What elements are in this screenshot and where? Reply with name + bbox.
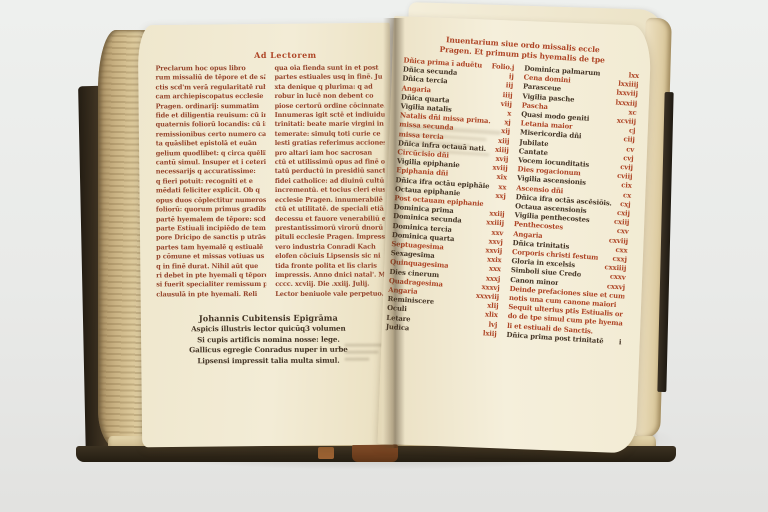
text-line: tatū perductū in presidiū sancte bbox=[275, 167, 385, 177]
folio-number: cxiij bbox=[614, 218, 630, 228]
text-line: mēdati feliciter explicit. Ob q bbox=[156, 186, 266, 196]
text-line: q in finē durat. Nihil aūt que bbox=[156, 262, 266, 272]
left-page-colophon: Ad Lectorem Preclarum hoc opus librorum … bbox=[138, 23, 394, 448]
epigram-line: Aspicis illustris lector quicūq3 volumen bbox=[156, 324, 380, 335]
text-line: partes estiuales usq in finē. Ju bbox=[274, 73, 384, 83]
text-line: trinitati: beate marie virgini in bbox=[275, 120, 385, 130]
text-line: Preclarum hoc opus libro bbox=[155, 64, 265, 74]
text-line: impressis. Anno dnici natal'. M. bbox=[275, 271, 385, 281]
folio-number: xj bbox=[504, 118, 511, 128]
inventarium-columns: Dñica prima ī aduētuFolio.jDñica secunda… bbox=[385, 56, 639, 347]
text-line: pituli ecclesie Pragen. Impressis bbox=[275, 233, 385, 243]
folio-number bbox=[505, 201, 506, 210]
text-line: partē hyemalem de tēpore: scds a bbox=[156, 214, 266, 224]
folio-number: cv bbox=[626, 145, 634, 155]
folio-number: xc bbox=[628, 108, 637, 118]
text-line: clausulā in pte hyemali. Reli bbox=[156, 290, 266, 300]
epigram-title: Johannis Cubitensis Epigrāma bbox=[156, 313, 380, 325]
folio-number: lxxxiij bbox=[615, 98, 637, 109]
folio-number: ij bbox=[509, 73, 514, 83]
text-line: ecclesie Pragen. innumerabilē fru bbox=[275, 195, 385, 205]
text-line: foliorū: quorum primus gradibus p bbox=[156, 205, 266, 215]
text-line: ctū et utilissimū opus ad finē op bbox=[275, 158, 385, 168]
left-page-heading: Ad Lectorem bbox=[191, 50, 379, 61]
text-line: lesti gratias referimus accionesq bbox=[275, 139, 385, 149]
text-line: Pragen. ordinarij: summatim bbox=[156, 102, 266, 112]
text-line: ri debet in pte hyemali q tēpore ni bbox=[156, 271, 266, 281]
text-line: cantū simul. Insuper et i ceteris bbox=[156, 158, 266, 168]
ink-show-through bbox=[402, 121, 501, 173]
text-line: Innumeras igit sctē et indiuidue bbox=[275, 111, 385, 121]
photograph-of-open-incunable-book: Ad Lectorem Preclarum hoc opus librorum … bbox=[0, 0, 768, 512]
folio-number: viij bbox=[500, 100, 512, 110]
text-line: rum missaliū de tēpore et de sān bbox=[155, 73, 265, 83]
text-line: qua oīa fienda sunt in et post bbox=[274, 64, 384, 74]
text-line: tida fronte polita et līs claris bbox=[275, 261, 385, 271]
text-line: p cōmune et missas votiuas us bbox=[156, 252, 266, 262]
folio-number: xxj bbox=[495, 192, 506, 202]
text-line: vero industria Conradi Kach bbox=[275, 242, 385, 252]
text-line: cccc. xcviij. Die .xxiij. Julij. bbox=[275, 280, 385, 290]
text-line: xta denique q plurima: q ad bbox=[274, 82, 384, 92]
text-line: gelium quodlibet: q circa quēlibet bbox=[156, 149, 266, 159]
folio-number: xx bbox=[498, 183, 507, 193]
folio-number: lxiij bbox=[483, 329, 497, 339]
text-line: temerate: simulq toti curie ce bbox=[275, 129, 385, 139]
text-line: remissionibus certo numero car bbox=[156, 130, 266, 140]
text-line: pore Dricipo de sanctis p utrāsq bbox=[156, 233, 266, 243]
folio-number: Folio.j bbox=[491, 62, 514, 73]
folio-number: x bbox=[507, 109, 512, 118]
text-line: necessarijs q accuratissime: bbox=[156, 167, 266, 177]
folio-number: cj bbox=[629, 127, 636, 137]
colophon-columns: Preclarum hoc opus librorum missaliū de … bbox=[155, 64, 380, 300]
colophon-column-1: Preclarum hoc opus librorum missaliū de … bbox=[155, 64, 266, 300]
text-line: cam archiepiscopatus ecclesie bbox=[156, 92, 266, 102]
text-line: piose certorū ordine cōcinnate. bbox=[275, 101, 385, 111]
folio-number: ciij bbox=[623, 136, 635, 146]
text-line: opus duos cōplectitur numeros bbox=[156, 196, 266, 206]
text-line: robur in lucē non debent co bbox=[275, 92, 385, 102]
text-line: decessu et fauore venerabiliū et bbox=[275, 214, 385, 224]
text-line: quaternis foliorū locandis: cū in bbox=[156, 120, 266, 130]
text-line: pro altari iam hoc sacrosan bbox=[275, 148, 385, 158]
inventarium-column-2: Dominica palmarumlxxCena dominilxxiiijPa… bbox=[506, 64, 639, 347]
text-line: ctis scd'm verā regularitatē rubri bbox=[155, 83, 265, 93]
folio-number: xlix bbox=[485, 311, 498, 321]
folio-number: cviij bbox=[617, 172, 633, 182]
text-line: ta quāslibet epistolā et euān bbox=[156, 139, 266, 149]
folio-number: iij bbox=[505, 82, 513, 92]
text-line: Lector beniuole vale perpetuo. bbox=[275, 289, 385, 299]
colophon-column-2: qua oīa fienda sunt in et postpartes est… bbox=[274, 64, 385, 300]
spine-detail-small bbox=[318, 447, 334, 459]
text-line: si fuerit specialiter remissum per bbox=[156, 280, 266, 290]
book-gutter-shadow bbox=[383, 18, 405, 448]
text-line: partes tam hyemalē q estiualē bbox=[156, 243, 266, 253]
text-line: q fieri potuit: recogniti et e bbox=[156, 177, 266, 187]
text-line: ctū et utilitatē. de speciali etiā bbox=[275, 205, 385, 215]
text-line: fide et diligentia reuisum: cū in bbox=[156, 111, 266, 121]
text-line: fidei catholice: ad diuinū cultū bbox=[275, 176, 385, 186]
text-line: elofen cōciuis Lipsensis sic ni bbox=[275, 252, 385, 262]
text-line: incrementū. et tocius cleri eiusdē bbox=[275, 186, 385, 196]
right-page-inventarium: Inuentarium siue ordo missalis ecclePrag… bbox=[378, 16, 652, 454]
folio-number: cx bbox=[623, 191, 632, 201]
folio-number: xcviij bbox=[617, 117, 637, 127]
folio-number: i bbox=[619, 338, 622, 347]
text-line: parte Estiuali incipiēdo de tem bbox=[156, 224, 266, 234]
text-line: prestantissimorū virorū dnorū ca bbox=[275, 223, 385, 233]
